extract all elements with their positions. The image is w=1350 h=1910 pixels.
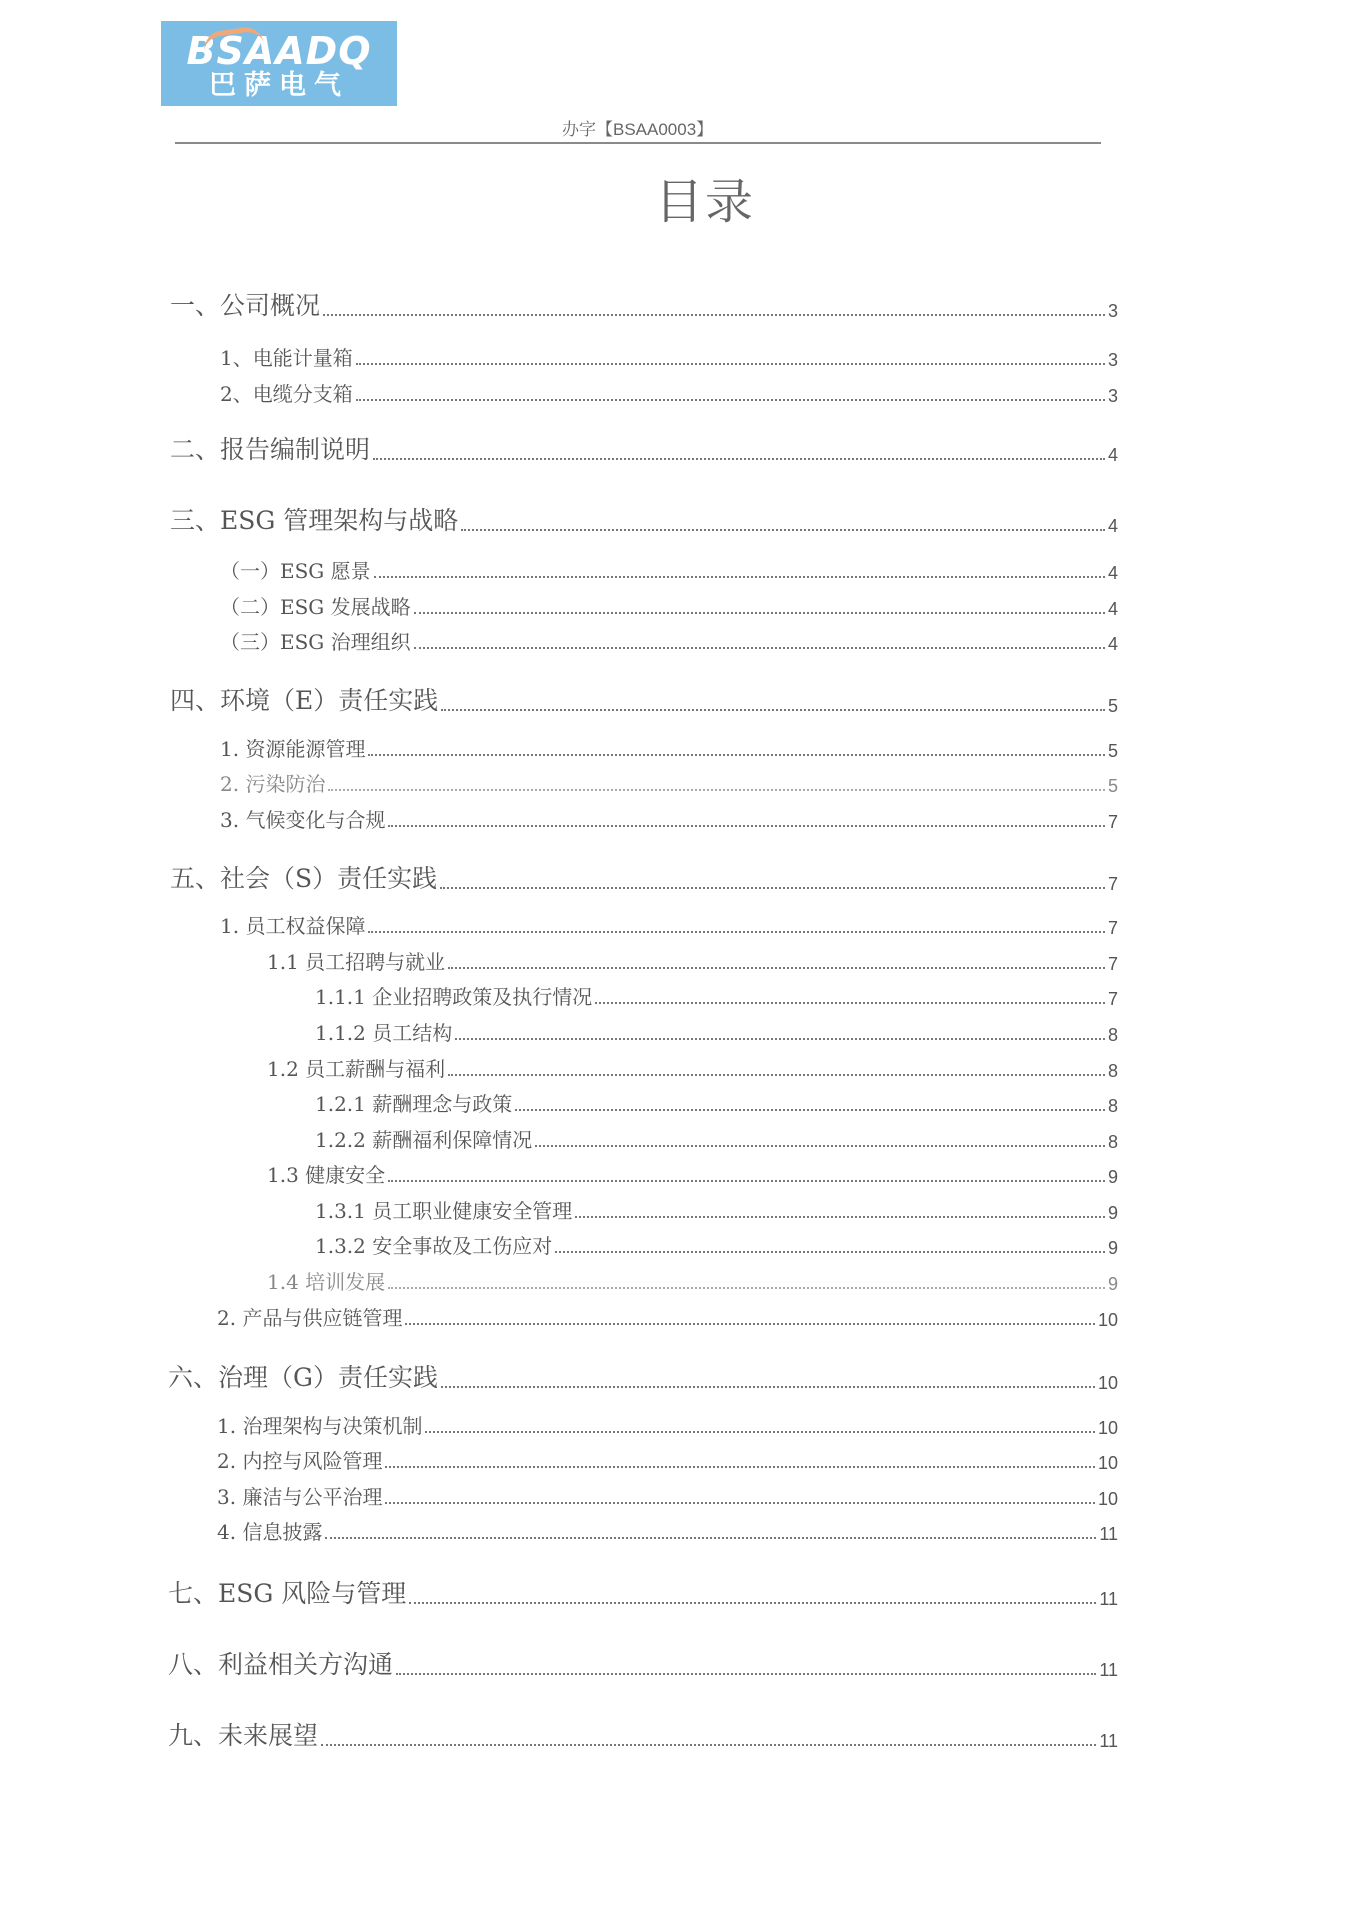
dot-leader (448, 1074, 1105, 1076)
toc-entry[interactable]: 1. 资源能源管理5 (220, 733, 1118, 762)
dot-leader (368, 754, 1105, 756)
toc-entry[interactable]: 1.2.2 薪酬福利保障情况8 (315, 1124, 1118, 1153)
dot-leader (461, 529, 1105, 531)
toc-entry[interactable]: 四、环境（E）责任实践5 (170, 681, 1118, 717)
toc-entry-page-number: 10 (1098, 1373, 1118, 1394)
toc-entry[interactable]: （二）ESG 发展战略4 (220, 591, 1118, 620)
toc-entry-page-number: 8 (1108, 1025, 1118, 1046)
toc-entry-label: 4. 信息披露 (217, 1516, 322, 1545)
toc-entry-label: 1. 治理架构与决策机制 (217, 1410, 422, 1439)
dot-leader (388, 1287, 1105, 1289)
toc-entry-label: （一）ESG 愿景 (220, 555, 371, 584)
toc-entry-label: 2. 产品与供应链管理 (217, 1302, 402, 1331)
toc-entry-page-number: 11 (1099, 1660, 1118, 1681)
toc-entry[interactable]: 七、ESG 风险与管理11 (168, 1574, 1118, 1610)
toc-entry-page-number: 4 (1108, 445, 1118, 466)
toc-entry-label: 1.2 员工薪酬与福利 (267, 1053, 445, 1082)
toc-entry-page-number: 9 (1108, 1167, 1118, 1188)
dot-leader (555, 1251, 1105, 1253)
dot-leader (425, 1431, 1095, 1433)
toc-entry-page-number: 9 (1108, 1274, 1118, 1295)
toc-entry-page-number: 7 (1108, 918, 1118, 939)
toc-entry-label: 四、环境（E）责任实践 (170, 681, 438, 717)
toc-entry-page-number: 10 (1098, 1453, 1118, 1474)
toc-entry[interactable]: 一、公司概况3 (170, 286, 1118, 322)
toc-entry-page-number: 8 (1108, 1132, 1118, 1153)
toc-entry-page-number: 9 (1108, 1203, 1118, 1224)
toc-entry[interactable]: 1.1.2 员工结构8 (315, 1017, 1118, 1046)
toc-entry-page-number: 7 (1108, 954, 1118, 975)
toc-entry-page-number: 10 (1098, 1489, 1118, 1510)
toc-entry[interactable]: （一）ESG 愿景4 (220, 555, 1118, 584)
toc-entry-label: （三）ESG 治理组织 (220, 626, 411, 655)
toc-entry-label: 1.3.1 员工职业健康安全管理 (315, 1195, 572, 1224)
toc-entry[interactable]: 3. 气候变化与合规7 (220, 804, 1118, 833)
dot-leader (356, 399, 1105, 401)
dot-leader (388, 1180, 1105, 1182)
dot-leader (414, 612, 1105, 614)
header-divider (175, 142, 1101, 144)
toc-entry[interactable]: 1. 员工权益保障7 (220, 910, 1118, 939)
toc-entry-label: 1、电能计量箱 (220, 342, 353, 371)
toc-entry-page-number: 10 (1098, 1310, 1118, 1331)
toc-entry[interactable]: 九、未来展望11 (168, 1716, 1118, 1752)
toc-entry-label: 1.1 员工招聘与就业 (267, 946, 445, 975)
toc-entry[interactable]: 1.1.1 企业招聘政策及执行情况7 (315, 981, 1118, 1010)
dot-leader (441, 1386, 1095, 1388)
toc-entry-label: 二、报告编制说明 (170, 430, 370, 466)
toc-entry-page-number: 9 (1108, 1238, 1118, 1259)
toc-entry-page-number: 3 (1108, 350, 1118, 371)
toc-entry-label: 2、电缆分支箱 (220, 378, 353, 407)
toc-entry[interactable]: 六、治理（G）责任实践10 (168, 1358, 1118, 1394)
toc-entry[interactable]: 2. 污染防治5 (220, 768, 1118, 797)
dot-leader (414, 647, 1105, 649)
toc-entry-label: 1.3.2 安全事故及工伤应对 (315, 1230, 552, 1259)
toc-entry[interactable]: 1.3.1 员工职业健康安全管理9 (315, 1195, 1118, 1224)
toc-entry-page-number: 3 (1108, 386, 1118, 407)
toc-entry-label: 一、公司概况 (170, 286, 320, 322)
document-number: 办字【BSAA0003】 (562, 115, 713, 140)
dot-leader (323, 314, 1105, 316)
toc-entry-page-number: 10 (1098, 1418, 1118, 1439)
toc-entry-label: 七、ESG 风险与管理 (168, 1574, 406, 1610)
toc-entry-page-number: 5 (1108, 741, 1118, 762)
toc-entry-page-number: 7 (1108, 812, 1118, 833)
toc-entry[interactable]: 2. 产品与供应链管理10 (217, 1302, 1118, 1331)
toc-entry-label: 1.3 健康安全 (267, 1159, 385, 1188)
dot-leader (388, 825, 1105, 827)
dot-leader (385, 1466, 1095, 1468)
toc-entry-page-number: 11 (1099, 1524, 1118, 1545)
toc-entry[interactable]: 2. 内控与风险管理10 (217, 1445, 1118, 1474)
dot-leader (409, 1602, 1096, 1604)
toc-entry-label: 八、利益相关方沟通 (168, 1645, 393, 1681)
toc-entry-label: 3. 廉洁与公平治理 (217, 1481, 382, 1510)
toc-entry-label: 2. 污染防治 (220, 768, 325, 797)
toc-entry-label: 1. 资源能源管理 (220, 733, 365, 762)
toc-entry[interactable]: 1.3 健康安全9 (267, 1159, 1118, 1188)
toc-entry-page-number: 4 (1108, 563, 1118, 584)
logo-text-cn: 巴萨电气 (209, 71, 349, 101)
dot-leader (356, 363, 1105, 365)
dot-leader (455, 1038, 1105, 1040)
toc-entry-page-number: 7 (1108, 874, 1118, 895)
dot-leader (535, 1145, 1105, 1147)
toc-entry-label: 3. 气候变化与合规 (220, 804, 385, 833)
toc-entry-page-number: 11 (1099, 1589, 1118, 1610)
dot-leader (405, 1323, 1095, 1325)
company-logo: BSAADQ 巴萨电气 (161, 21, 397, 106)
dot-leader (385, 1502, 1095, 1504)
toc-entry[interactable]: 1. 治理架构与决策机制10 (217, 1410, 1118, 1439)
toc-entry-label: 六、治理（G）责任实践 (168, 1358, 438, 1394)
toc-entry-label: 1.2.2 薪酬福利保障情况 (315, 1124, 532, 1153)
toc-entry-page-number: 7 (1108, 989, 1118, 1010)
toc-entry-page-number: 3 (1108, 301, 1118, 322)
toc-entry-page-number: 5 (1108, 696, 1118, 717)
toc-entry-label: 1. 员工权益保障 (220, 910, 365, 939)
toc-entry-label: 1.1.1 企业招聘政策及执行情况 (315, 981, 592, 1010)
toc-entry[interactable]: 二、报告编制说明4 (170, 430, 1118, 466)
toc-entry-page-number: 8 (1108, 1061, 1118, 1082)
toc-entry[interactable]: 2、电缆分支箱3 (220, 378, 1118, 407)
toc-entry-label: 九、未来展望 (168, 1716, 318, 1752)
toc-entry[interactable]: 五、社会（S）责任实践7 (170, 859, 1118, 895)
toc-entry-label: 1.2.1 薪酬理念与政策 (315, 1088, 512, 1117)
toc-entry-page-number: 4 (1108, 634, 1118, 655)
dot-leader (595, 1002, 1105, 1004)
toc-entry[interactable]: 1.2.1 薪酬理念与政策8 (315, 1088, 1118, 1117)
toc-entry-label: （二）ESG 发展战略 (220, 591, 411, 620)
toc-entry-label: 2. 内控与风险管理 (217, 1445, 382, 1474)
toc-entry-page-number: 5 (1108, 776, 1118, 797)
dot-leader (441, 709, 1105, 711)
toc-entry[interactable]: 1.3.2 安全事故及工伤应对9 (315, 1230, 1118, 1259)
dot-leader (373, 458, 1105, 460)
toc-entry[interactable]: （三）ESG 治理组织4 (220, 626, 1118, 655)
toc-entry[interactable]: 1.1 员工招聘与就业7 (267, 946, 1118, 975)
dot-leader (321, 1744, 1096, 1746)
toc-entry-label: 1.4 培训发展 (267, 1266, 385, 1295)
toc-entry-page-number: 11 (1099, 1731, 1118, 1752)
dot-leader (396, 1673, 1096, 1675)
dot-leader (368, 931, 1105, 933)
toc-entry-label: 五、社会（S）责任实践 (170, 859, 437, 895)
toc-entry[interactable]: 1.4 培训发展9 (267, 1266, 1118, 1295)
dot-leader (515, 1109, 1105, 1111)
dot-leader (440, 887, 1105, 889)
toc-entry[interactable]: 三、ESG 管理架构与战略4 (170, 501, 1118, 537)
toc-entry-label: 三、ESG 管理架构与战略 (170, 501, 458, 537)
toc-entry[interactable]: 4. 信息披露11 (217, 1516, 1118, 1545)
toc-entry[interactable]: 1、电能计量箱3 (220, 342, 1118, 371)
toc-entry-page-number: 4 (1108, 599, 1118, 620)
toc-entry[interactable]: 八、利益相关方沟通11 (168, 1645, 1118, 1681)
toc-entry[interactable]: 3. 廉洁与公平治理10 (217, 1481, 1118, 1510)
toc-entry-page-number: 4 (1108, 516, 1118, 537)
page-title: 目录 (0, 163, 1350, 232)
dot-leader (448, 967, 1105, 969)
toc-entry-page-number: 8 (1108, 1096, 1118, 1117)
dot-leader (328, 789, 1105, 791)
dot-leader (575, 1216, 1105, 1218)
dot-leader (374, 576, 1105, 578)
toc-entry-label: 1.1.2 员工结构 (315, 1017, 452, 1046)
toc-entry[interactable]: 1.2 员工薪酬与福利8 (267, 1053, 1118, 1082)
dot-leader (325, 1537, 1096, 1539)
